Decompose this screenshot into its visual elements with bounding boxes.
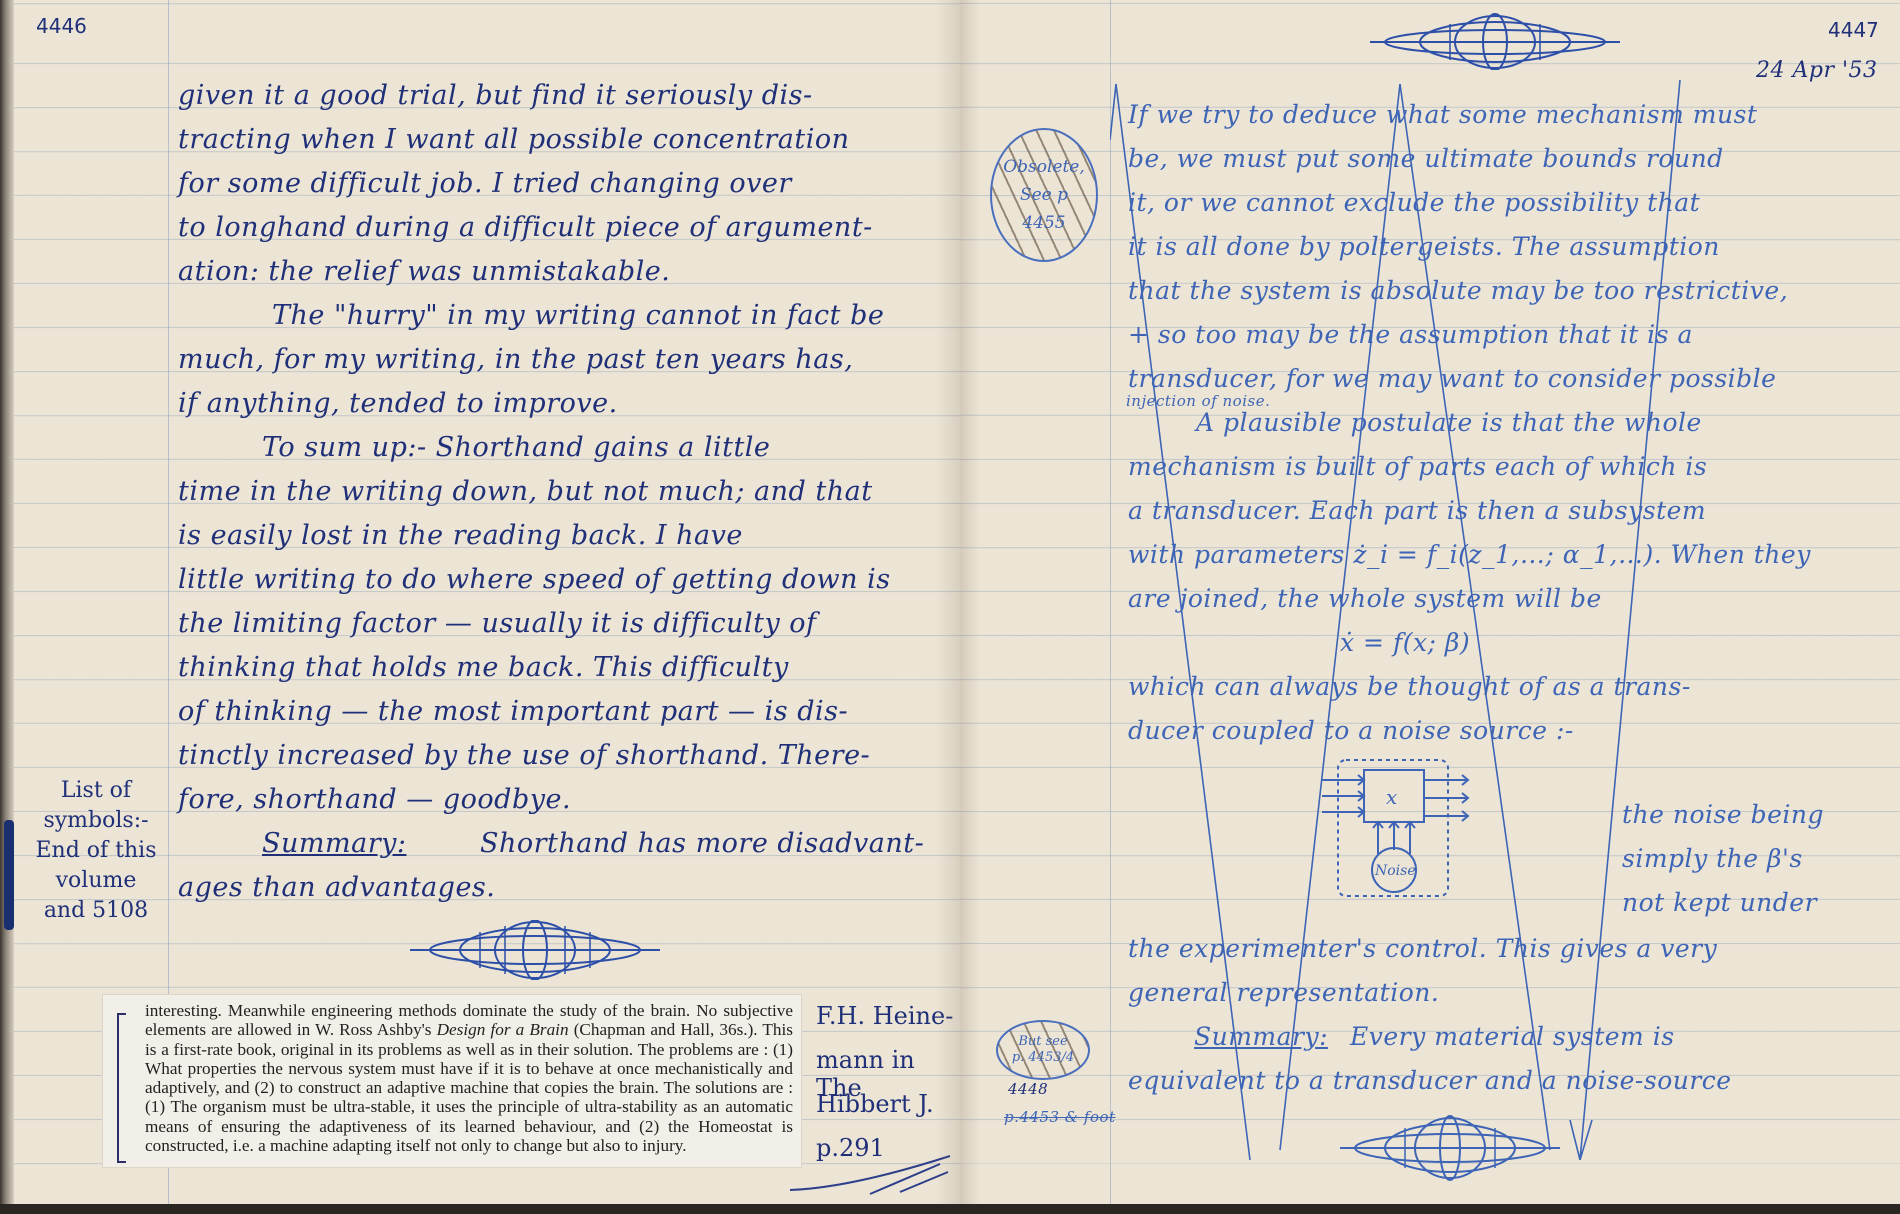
text-line: tinctly increased by the use of shorthan…: [178, 740, 870, 771]
text-line: little writing to do where speed of gett…: [178, 564, 891, 595]
text-line: thinking that holds me back. This diffic…: [178, 652, 789, 683]
text-line: of thinking — the most important part — …: [178, 696, 848, 727]
text-line: much, for my writing, in the past ten ye…: [178, 344, 853, 375]
pen-stroke-icon: [790, 1150, 960, 1200]
but-see-note: But see p. 4453/4: [996, 1020, 1090, 1080]
text-line: fore, shorthand — goodbye.: [178, 784, 571, 815]
obsolete-note: Obsolete, See p 4455: [990, 128, 1098, 262]
book-title: Design for a Brain: [437, 1020, 569, 1039]
text-line: if anything, tended to improve.: [178, 388, 618, 419]
margin-note: List of symbols:- End of this volume and…: [26, 776, 166, 926]
text-line: the limiting factor — usually it is diff…: [178, 608, 817, 639]
right-page: 4447 24 Apr '53 Obsolete, See p 4455 If …: [960, 0, 1900, 1204]
cross-out-lines: [1110, 80, 1900, 1160]
struck-note: p.4453 & foot: [1004, 1108, 1116, 1126]
page-number: 4447: [1828, 18, 1879, 42]
clipping-text: interesting. Meanwhile engineering metho…: [145, 1001, 793, 1155]
text-line: tracting when I want all possible concen…: [178, 124, 850, 155]
scribble-divider-icon: [1340, 1112, 1560, 1182]
citation-line: Hibbert J.: [816, 1090, 934, 1118]
text-line: ages than advantages.: [178, 872, 495, 903]
notebook-spread: 4446 given it a good trial, but find it …: [0, 0, 1900, 1204]
ink-stain: [4, 820, 14, 930]
text-line: The "hurry" in my writing cannot in fact…: [272, 300, 884, 331]
left-page: 4446 given it a good trial, but find it …: [0, 0, 960, 1204]
text-line: Shorthand has more disadvant-: [480, 828, 924, 859]
page-number: 4446: [36, 14, 87, 38]
note-number: 4448: [1008, 1080, 1048, 1098]
summary-heading: Summary:: [262, 828, 406, 859]
margin-bracket: [117, 1013, 126, 1163]
text-line: time in the writing down, but not much; …: [178, 476, 873, 507]
text-line: given it a good trial, but find it serio…: [178, 80, 813, 111]
text-line: To sum up:- Shorthand gains a little: [262, 432, 770, 463]
citation-line: F.H. Heine-: [816, 1002, 953, 1030]
scribble-divider-icon: [410, 920, 660, 980]
text-line: ation: the relief was unmistakable.: [178, 256, 670, 287]
scribble-divider-icon: [1370, 10, 1620, 70]
pasted-clipping: interesting. Meanwhile engineering metho…: [102, 994, 802, 1168]
text-line: for some difficult job. I tried changing…: [178, 168, 792, 199]
text-line: is easily lost in the reading back. I ha…: [178, 520, 743, 551]
text-line: to longhand during a difficult piece of …: [178, 212, 873, 243]
